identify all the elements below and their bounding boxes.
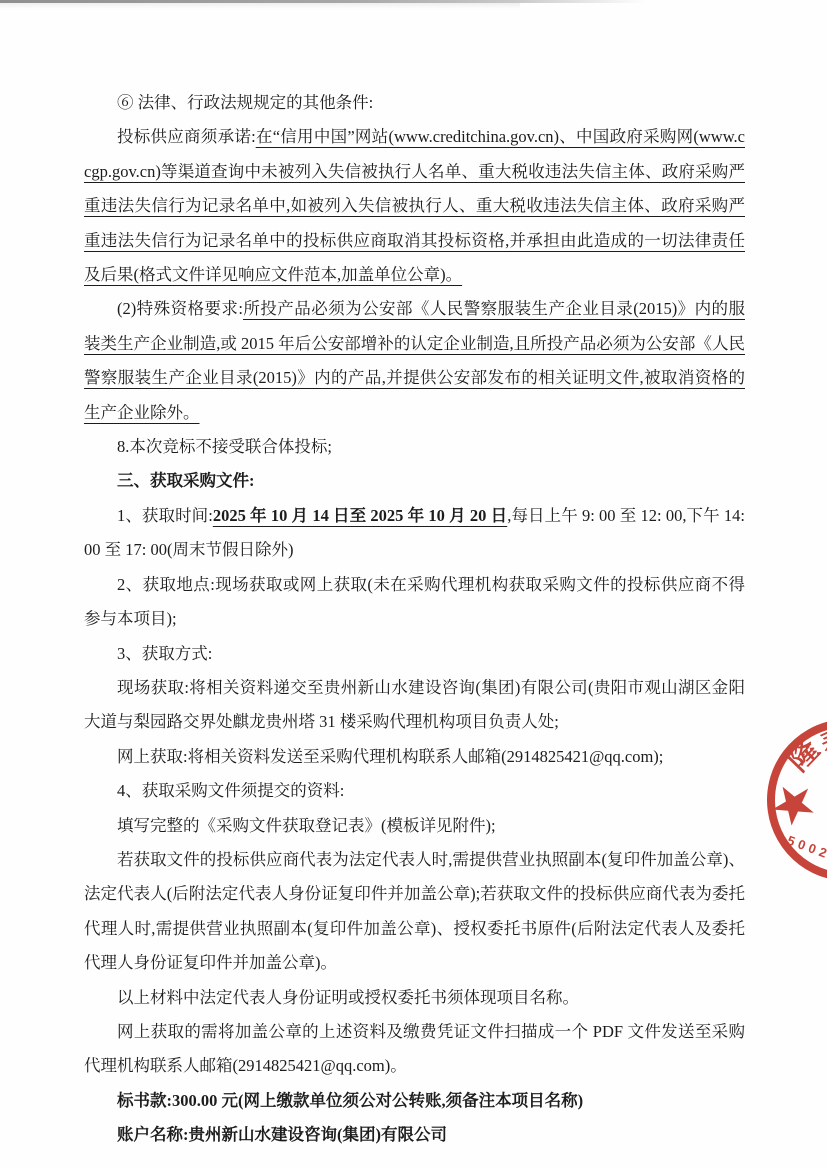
para-obtain-time: 1、获取时间:2025 年 10 月 14 日至 2025 年 10 月 20 … [84, 499, 745, 568]
para-obtain-method-segment-1: 3、获取方式: [117, 644, 212, 663]
para-document-fee: 标书款:300.00 元(网上缴款单位须公对公转账,须备注本项目名称) [84, 1084, 745, 1118]
para-online-obtain-segment-1: 网上获取:将相关资料发送至采购代理机构联系人邮箱(2914825421@qq.c… [117, 747, 663, 766]
para-obtain-place: 2、获取地点:现场获取或网上获取(未在采购代理机构获取采购文件的投标供应商不得参… [84, 568, 745, 637]
heading-obtain-procurement-documents: 三、获取采购文件: [84, 464, 745, 498]
para-other-legal-conditions-segment-1: ⑥ 法律、行政法规规定的其他条件: [117, 93, 373, 112]
para-document-fee-segment-1: 标书款:300.00 元(网上缴款单位须公对公转账,须备注本项目名称) [117, 1091, 583, 1110]
para-credit-china-promise-segment-2: 在“信用中国”网站(www.creditchina.gov.cn)、中国政府采购… [84, 127, 745, 284]
para-project-name-requirement: 以上材料中法定代表人身份证明或授权委托书须体现项目名称。 [84, 981, 745, 1015]
para-no-consortium-bids: 8.本次竞标不接受联合体投标; [84, 430, 745, 464]
para-account-name: 账户名称:贵州新山水建设咨询(集团)有限公司 [84, 1118, 745, 1152]
para-registration-form: 填写完整的《采购文件获取登记表》(模板详见附件); [84, 809, 745, 843]
para-representative-documents-segment-1: 若获取文件的投标供应商代表为法定代表人时,需提供营业执照副本(复印件加盖公章)、… [84, 850, 745, 972]
scanned-document-page: { "seal": { "type": "circular-red-compan… [0, 0, 827, 1169]
para-other-legal-conditions: ⑥ 法律、行政法规规定的其他条件: [84, 86, 745, 120]
para-credit-china-promise-segment-1: 投标供应商须承诺: [117, 127, 256, 146]
heading-obtain-procurement-documents-segment-1: 三、获取采购文件: [117, 471, 255, 490]
para-online-pdf-submission: 网上获取的需将加盖公章的上述资料及缴费凭证文件扫描成一个 PDF 文件发送至采购… [84, 1015, 745, 1084]
para-online-pdf-submission-segment-1: 网上获取的需将加盖公章的上述资料及缴费凭证文件扫描成一个 PDF 文件发送至采购… [84, 1022, 745, 1075]
para-obtain-time-segment-1: 1、获取时间: [117, 506, 213, 525]
para-special-qualification-segment-1: (2)特殊资格要求: [117, 299, 243, 318]
document-body: ⑥ 法律、行政法规规定的其他条件:投标供应商须承诺:在“信用中国”网站(www.… [84, 86, 745, 1153]
para-onsite-obtain-segment-1: 现场获取:将相关资料递交至贵州新山水建设咨询(集团)有限公司(贵阳市观山湖区金阳… [84, 678, 745, 731]
para-obtain-time-segment-2: 2025 年 10 月 14 日至 2025 年 10 月 20 日 [213, 506, 507, 525]
scan-edge-shadow [0, 3, 520, 9]
official-company-seal: ★ 隆 泰 章专用 500211 [757, 709, 827, 892]
para-representative-documents: 若获取文件的投标供应商代表为法定代表人时,需提供营业执照副本(复印件加盖公章)、… [84, 843, 745, 981]
para-project-name-requirement-segment-1: 以上材料中法定代表人身份证明或授权委托书须体现项目名称。 [117, 988, 579, 1007]
para-no-consortium-bids-segment-1: 8.本次竞标不接受联合体投标; [117, 437, 332, 456]
para-online-obtain: 网上获取:将相关资料发送至采购代理机构联系人邮箱(2914825421@qq.c… [84, 740, 745, 774]
para-onsite-obtain: 现场获取:将相关资料递交至贵州新山水建设咨询(集团)有限公司(贵阳市观山湖区金阳… [84, 671, 745, 740]
para-required-materials-segment-1: 4、获取采购文件须提交的资料: [117, 781, 344, 800]
para-registration-form-segment-1: 填写完整的《采购文件获取登记表》(模板详见附件); [117, 816, 496, 835]
para-required-materials: 4、获取采购文件须提交的资料: [84, 774, 745, 808]
para-account-name-segment-1: 账户名称:贵州新山水建设咨询(集团)有限公司 [117, 1125, 447, 1144]
para-obtain-method: 3、获取方式: [84, 637, 745, 671]
para-obtain-place-segment-1: 2、获取地点:现场获取或网上获取(未在采购代理机构获取采购文件的投标供应商不得参… [84, 575, 745, 628]
para-credit-china-promise: 投标供应商须承诺:在“信用中国”网站(www.creditchina.gov.c… [84, 120, 745, 292]
para-special-qualification: (2)特殊资格要求:所投产品必须为公安部《人民警察服装生产企业目录(2015)》… [84, 292, 745, 430]
